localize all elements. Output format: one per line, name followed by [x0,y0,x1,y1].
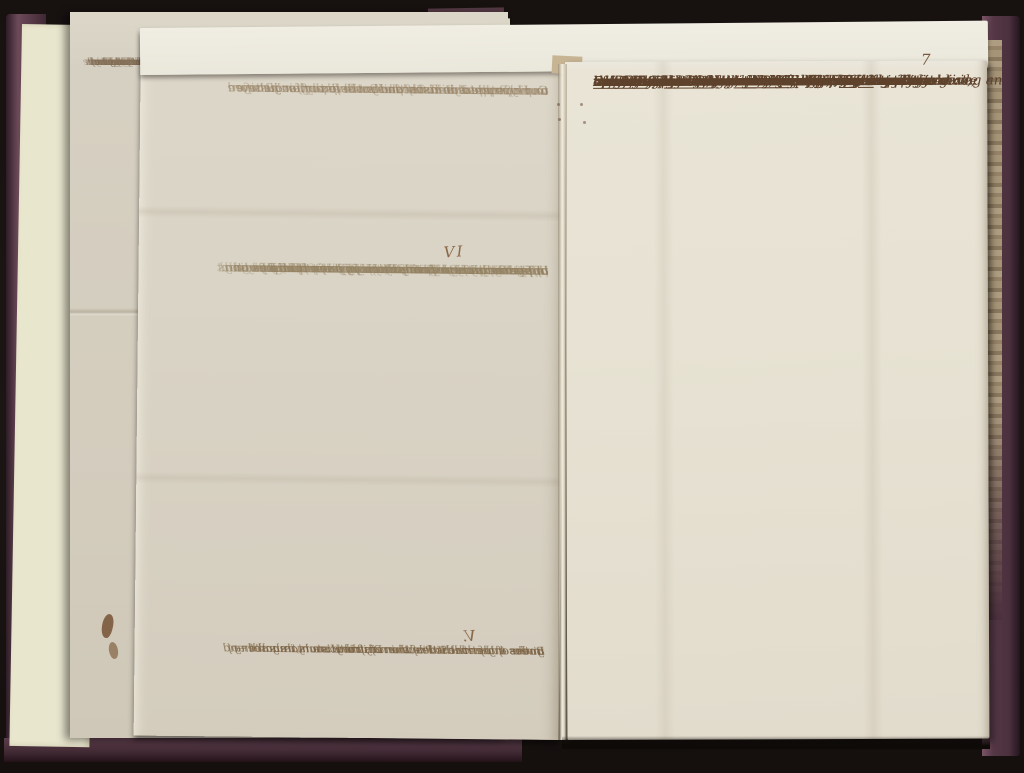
bleed-through-text-lower: In the 4th and last Preliminary an accou… [145,640,545,644]
paper-crease [70,308,148,316]
bleed-line: Propertys in Corporibus. [352,80,549,101]
paper-crease [861,61,883,739]
paper-crease [139,206,564,222]
section-mark-vi: VI [443,242,465,261]
manuscript-text: down, the rest of the Preliminary is spe… [593,71,981,72]
page-shadow [562,736,990,749]
manuscript-line: =thing of the like nature, thô of far le… [593,71,917,93]
paper-crease [136,472,561,488]
paper-crease [653,62,675,740]
left-page: and complicat in itself and more likely … [134,30,566,740]
bleed-through-text-middle: In the second Preliminary discourse of t… [153,258,549,262]
ink-dot [558,118,561,121]
ink-dot [583,121,586,124]
manuscript-photo: untill thenothing berit may howof in & t… [0,0,1024,773]
page-number: 7 [921,51,951,69]
bleed-line: in the History Prefix'd. [345,260,549,281]
ink-dot [580,103,583,106]
right-page: 7 down, the rest of the Preliminary is s… [565,61,989,740]
gutter-fold [558,64,567,740]
bleed-through-text-upper: and complicat in itself and more likely … [157,78,549,82]
bleed-line: from [337,642,545,660]
ink-dot [557,103,560,106]
